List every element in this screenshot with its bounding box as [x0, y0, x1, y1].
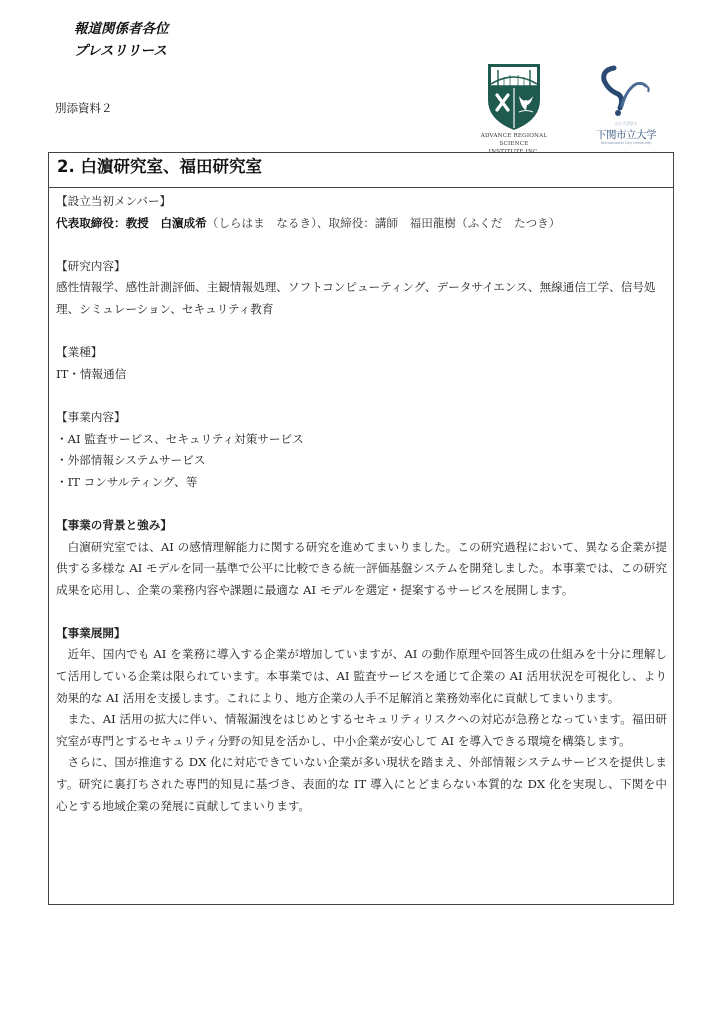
university-name-en: Shimonoseki City University — [588, 141, 664, 145]
business-item: ・AI 監査サービス、セキュリティ対策サービス — [56, 429, 667, 451]
member-role-2: 取締役：講師 福田龍樹（ふくだ たつき） — [328, 216, 560, 230]
arsi-logo: ADVANCE REGIONAL SCIENCE INSTITUTE INC. — [466, 60, 562, 152]
expansion-paragraph: 近年、国内でも AI を業務に導入する企業が増加していますが、AI の動作原理や… — [56, 644, 667, 709]
member-reading-1: （しらはま なるき）、 — [207, 216, 329, 230]
member-role-1: 代表取締役：教授 白濵成希 — [56, 216, 207, 230]
business-item: ・IT コンサルティング、等 — [56, 472, 667, 494]
business-item: ・外部情報システムサービス — [56, 450, 667, 472]
section-title: 2. 白濵研究室、福田研究室 — [49, 153, 673, 188]
members-heading: 【設立当初メンバー】 — [56, 191, 667, 213]
expansion-paragraph: さらに、国が推進する DX 化に対応できていない企業が多い現状を踏まえ、外部情報… — [56, 752, 667, 817]
research-text: 感性情報学、感性計測評価、主観情報処理、ソフトコンピューティング、データサイエン… — [56, 277, 667, 320]
industry-heading: 【業種】 — [56, 342, 667, 364]
university-logo: 公立大学法人 下関市立大学 Shimonoseki City Universit… — [588, 60, 664, 148]
attachment-label: 別添資料２ — [55, 100, 113, 116]
expansion-paragraph: また、AI 活用の拡大に伴い、情報漏洩をはじめとするセキュリティリスクへの対応が… — [56, 709, 667, 752]
press-release-page: 報道関係者各位 プレスリリース 別添資料２ ADVANCE REGIONAL — [0, 0, 724, 1024]
university-name: 下関市立大学 — [588, 127, 664, 142]
doc-type-line: プレスリリース — [74, 40, 169, 62]
expansion-heading: 【事業展開】 — [56, 623, 667, 645]
background-heading: 【事業の背景と強み】 — [56, 515, 667, 537]
swoosh-emblem-icon — [588, 60, 664, 120]
business-heading: 【事業内容】 — [56, 407, 667, 429]
background-paragraph: 白濵研究室では、AI の感情理解能力に関する研究を進めてまいりました。この研究過… — [56, 537, 667, 602]
research-heading: 【研究内容】 — [56, 256, 667, 278]
recipient-line: 報道関係者各位 — [74, 18, 169, 40]
industry-text: IT・情報通信 — [56, 364, 667, 386]
lab-info-box: 2. 白濵研究室、福田研究室 【設立当初メンバー】 代表取締役：教授 白濵成希（… — [48, 152, 674, 905]
members-line: 代表取締役：教授 白濵成希（しらはま なるき）、取締役：講師 福田龍樹（ふくだ … — [56, 213, 667, 235]
shield-bridge-icon — [466, 60, 562, 132]
press-header: 報道関係者各位 プレスリリース — [74, 18, 169, 62]
section-body: 【設立当初メンバー】 代表取締役：教授 白濵成希（しらはま なるき）、取締役：講… — [49, 188, 673, 817]
